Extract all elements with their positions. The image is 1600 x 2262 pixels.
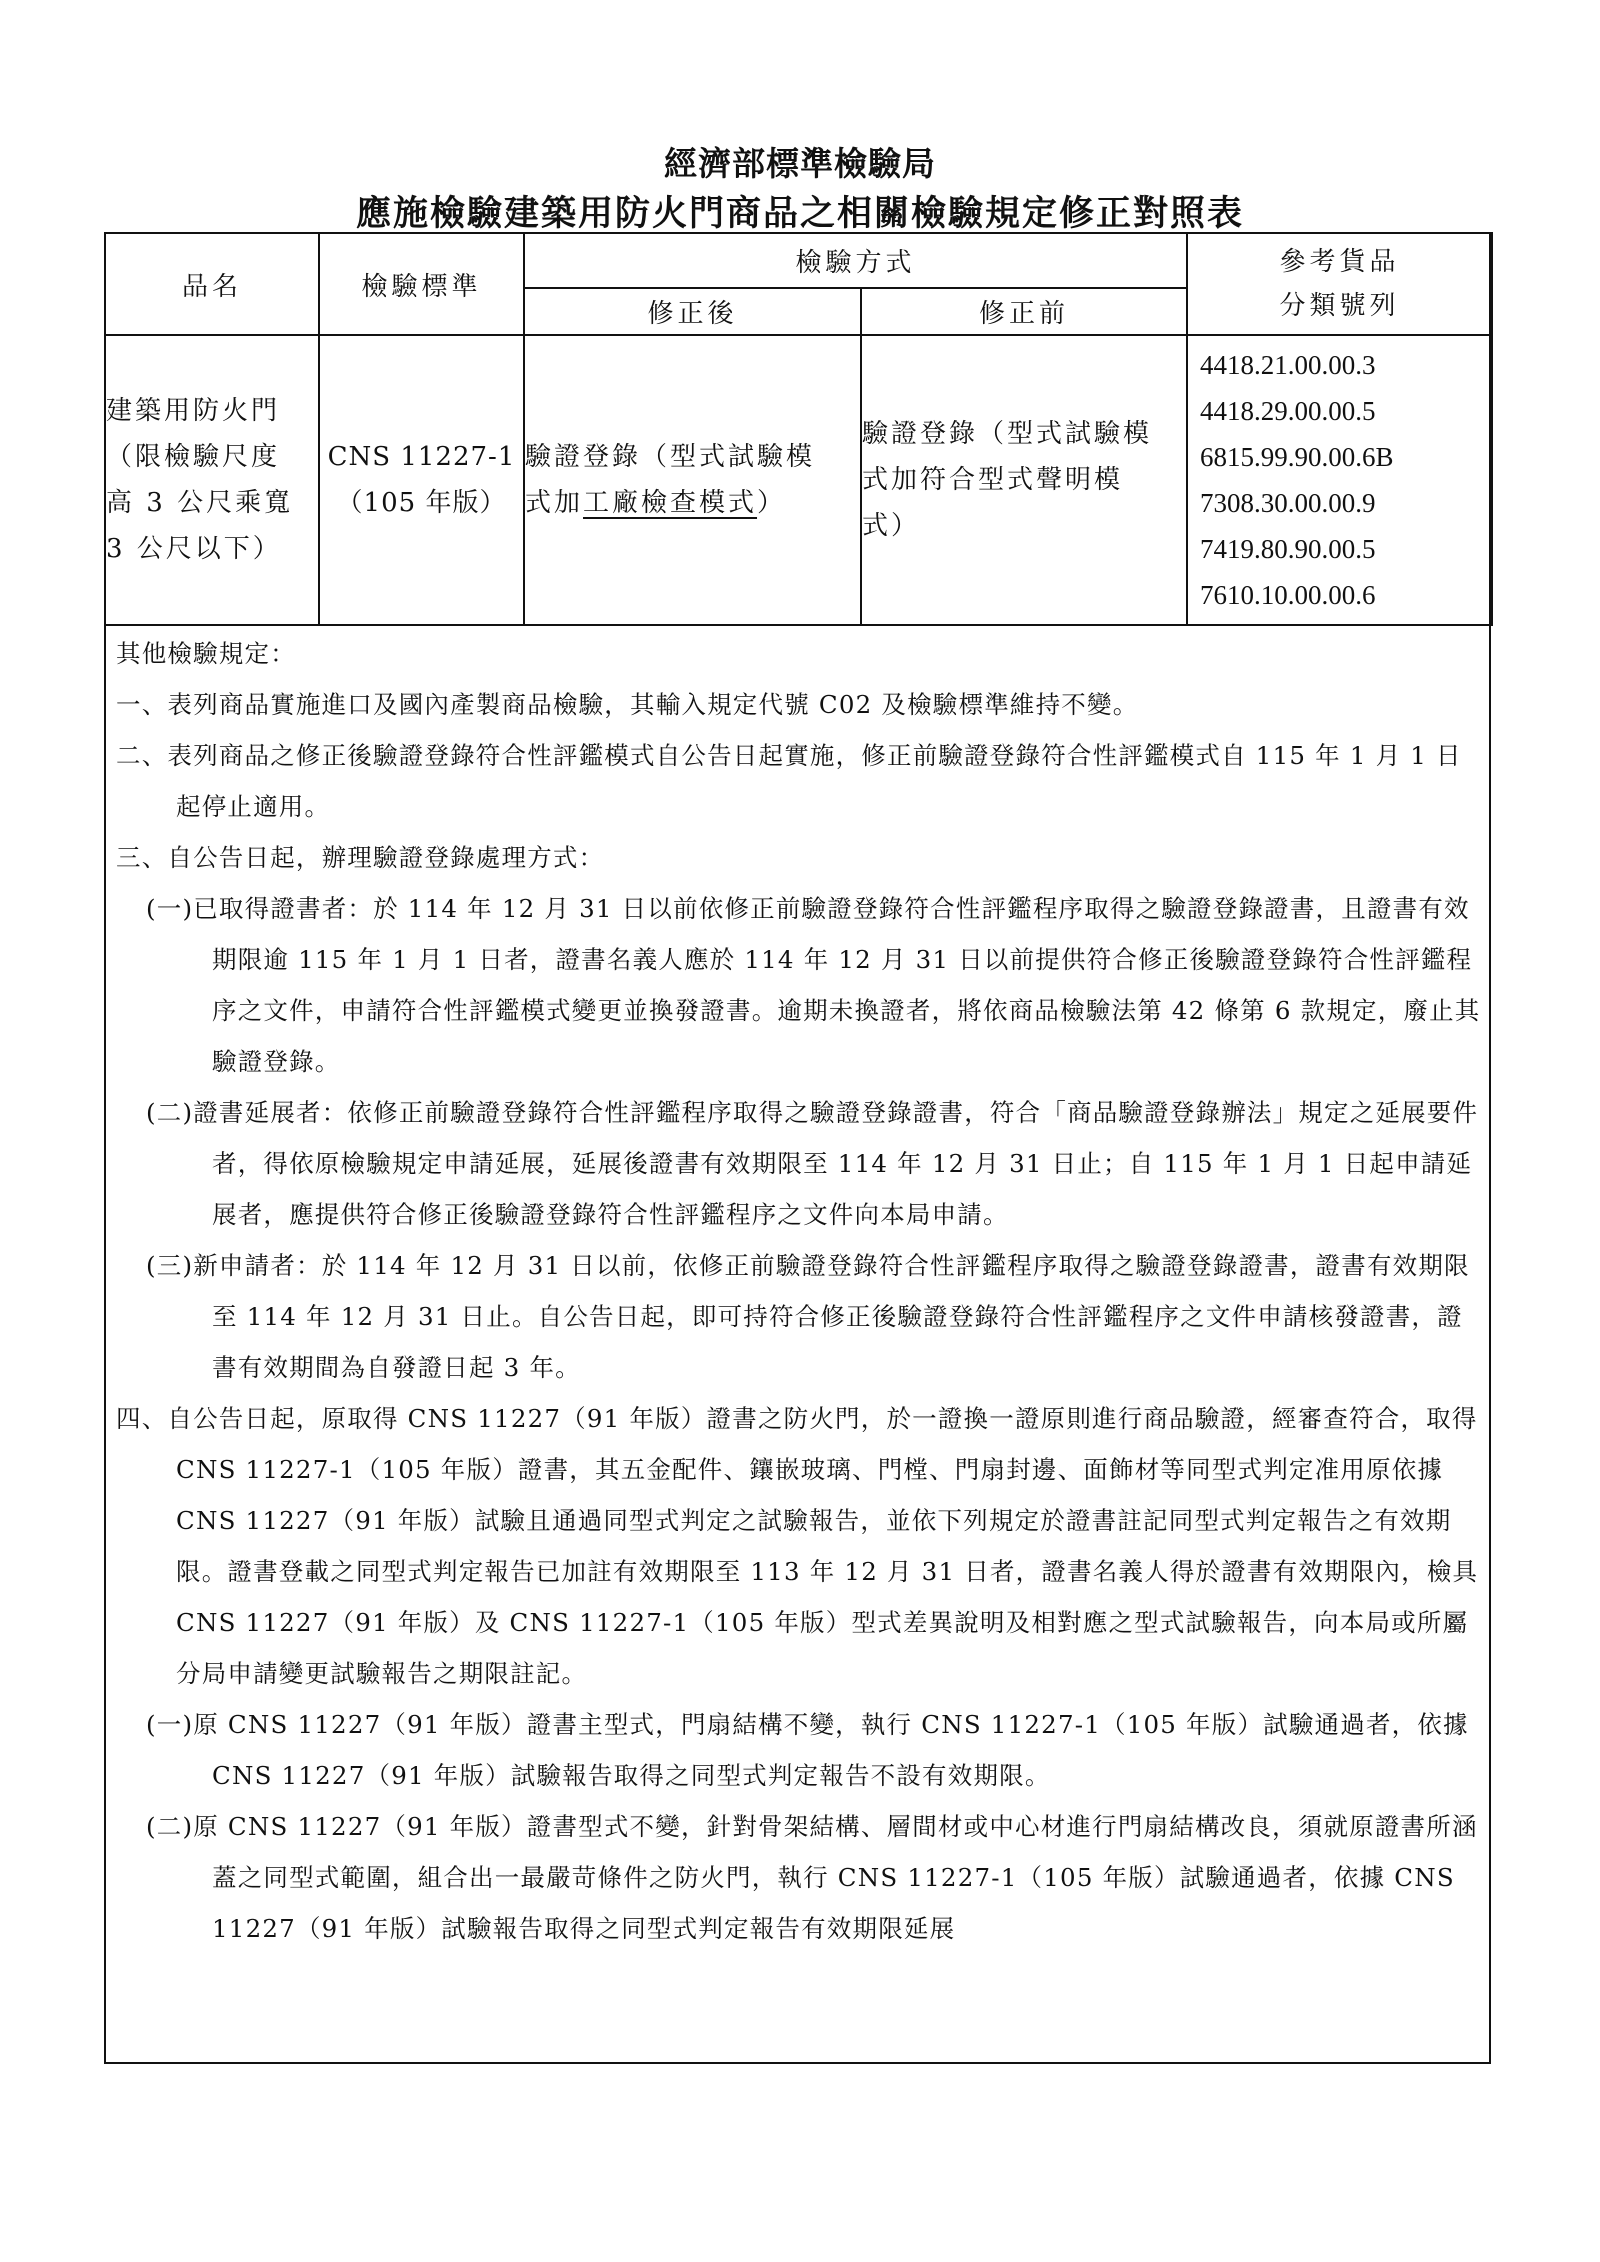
- standard-line: （105 年版）: [320, 480, 523, 526]
- notes-heading: 其他檢驗規定：: [116, 628, 1486, 679]
- code-item: 7308.30.00.00.9: [1200, 480, 1491, 526]
- product-name-line: （限檢驗尺度: [106, 434, 318, 480]
- method-after-line: 式加工廠檢查模式）: [525, 480, 860, 526]
- cell-method-after: 驗證登錄（型式試驗模 式加工廠檢查模式）: [524, 335, 861, 625]
- code-item: 4418.29.00.00.5: [1200, 388, 1491, 434]
- code-item: 7419.80.90.00.5: [1200, 526, 1491, 572]
- method-before-line: 驗證登錄（型式試驗模: [862, 411, 1186, 457]
- note-item-4-1: (一)原 CNS 11227（91 年版）證書主型式，門扇結構不變，執行 CNS…: [116, 1699, 1486, 1801]
- code-item: 7610.10.00.00.6: [1200, 572, 1491, 618]
- product-name-line: 建築用防火門: [106, 388, 318, 434]
- agency-title: 經濟部標準檢驗局: [0, 138, 1600, 185]
- header-code: 參考貨品 分類號列: [1187, 233, 1492, 335]
- method-before-line: 式）: [862, 503, 1186, 549]
- note-item-2: 二、表列商品之修正後驗證登錄符合性評鑑模式自公告日起實施，修正前驗證登錄符合性評…: [116, 730, 1486, 832]
- note-item-3-1: (一)已取得證書者：於 114 年 12 月 31 日以前依修正前驗證登錄符合性…: [116, 883, 1486, 1087]
- note-item-3: 三、自公告日起，辦理驗證登錄處理方式：: [116, 832, 1486, 883]
- header-standard: 檢驗標準: [319, 233, 524, 335]
- product-name-line: 高 3 公尺乘寬: [106, 480, 318, 526]
- note-item-4-2: (二)原 CNS 11227（91 年版）證書型式不變，針對骨架結構、層間材或中…: [116, 1801, 1486, 1954]
- header-method-before: 修正前: [861, 288, 1187, 335]
- product-name-line: 3 公尺以下）: [106, 526, 318, 572]
- cell-standard: CNS 11227-1 （105 年版）: [319, 335, 524, 625]
- header-code-line2: 分類號列: [1188, 284, 1491, 328]
- other-regulations: 其他檢驗規定： 一、表列商品實施進口及國內產製商品檢驗，其輸入規定代號 C02 …: [116, 628, 1486, 1954]
- cell-product-name: 建築用防火門 （限檢驗尺度 高 3 公尺乘寬 3 公尺以下）: [105, 335, 319, 625]
- header-method: 檢驗方式: [524, 233, 1187, 288]
- document-title: 應施檢驗建築用防火門商品之相關檢驗規定修正對照表: [0, 186, 1600, 236]
- standard-line: CNS 11227-1: [320, 434, 523, 480]
- method-after-underlined: 工廠檢查模式: [583, 488, 757, 518]
- note-item-4: 四、自公告日起，原取得 CNS 11227（91 年版）證書之防火門，於一證換一…: [116, 1393, 1486, 1699]
- method-before-line: 式加符合型式聲明模: [862, 457, 1186, 503]
- note-item-1: 一、表列商品實施進口及國內產製商品檢驗，其輸入規定代號 C02 及檢驗標準維持不…: [116, 679, 1486, 730]
- method-after-suffix: ）: [757, 488, 786, 518]
- header-method-after: 修正後: [524, 288, 861, 335]
- note-item-3-2: (二)證書延展者：依修正前驗證登錄符合性評鑑程序取得之驗證登錄證書，符合「商品驗…: [116, 1087, 1486, 1240]
- code-item: 6815.99.90.00.6B: [1200, 434, 1491, 480]
- method-after-line: 驗證登錄（型式試驗模: [525, 434, 860, 480]
- comparison-table: 品名 檢驗標準 檢驗方式 參考貨品 分類號列 修正後 修正前 建築用防火門 （限…: [104, 232, 1493, 626]
- code-item: 4418.21.00.00.3: [1200, 342, 1491, 388]
- cell-codes: 4418.21.00.00.3 4418.29.00.00.5 6815.99.…: [1187, 335, 1492, 625]
- header-code-line1: 參考貨品: [1188, 240, 1491, 284]
- header-product-name: 品名: [105, 233, 319, 335]
- cell-method-before: 驗證登錄（型式試驗模 式加符合型式聲明模 式）: [861, 335, 1187, 625]
- note-item-3-3: (三)新申請者：於 114 年 12 月 31 日以前，依修正前驗證登錄符合性評…: [116, 1240, 1486, 1393]
- method-after-prefix: 式加: [525, 488, 583, 518]
